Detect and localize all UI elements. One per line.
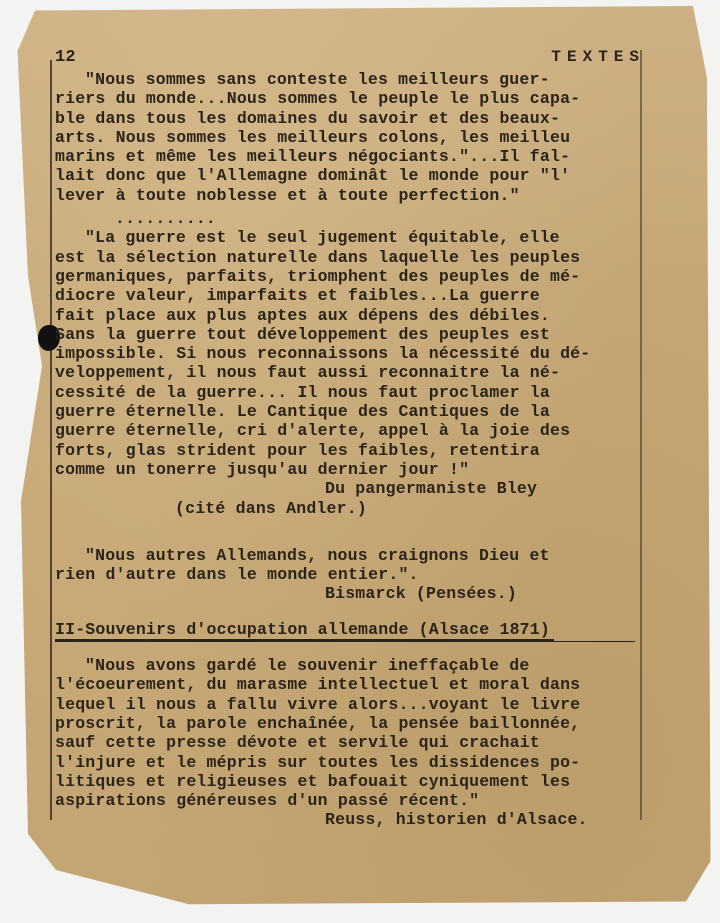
attribution: Du pangermaniste Bley [55,479,645,498]
text-line: "Nous avons gardé le souvenir ineffaçabl… [55,656,645,675]
text-line: litiques et religieuses et bafouait cyni… [55,772,645,791]
text-line: forts, glas strident pour les faibles, r… [55,441,645,460]
text-line: cessité de la guerre... Il nous faut pro… [55,383,645,402]
text-line: impossible. Si nous reconnaissons la néc… [55,344,645,363]
text-line: "Nous sommes sans conteste les meilleurs… [55,70,645,89]
text-line: ble dans tous les domaines du savoir et … [55,109,645,128]
text-line: veloppement, il nous faut aussi reconnai… [55,363,645,382]
page-header: 12 TEXTES [55,48,645,70]
section-2: II-Souvenirs d'occupation allemande (Als… [55,620,645,830]
running-head: TEXTES [551,48,645,70]
text-line: guerre éternelle, cri d'alerte, appel à … [55,421,645,440]
quote-block-2: "La guerre est le seul jugement équitabl… [55,228,645,517]
text-line: l'injure et le mépris sur toutes les dis… [55,753,645,772]
text-line: guerre éternelle. Le Cantique des Cantiq… [55,402,645,421]
text-line: est la sélection naturelle dans laquelle… [55,248,645,267]
text-line: aspirations généreuses d'un passé récent… [55,791,645,810]
text-line: diocre valeur, imparfaits et faibles...L… [55,286,645,305]
quote-block-3: "Nous autres Allemands, nous craignons D… [55,546,645,604]
text-line: riers du monde...Nous sommes le peuple l… [55,89,645,108]
text-line: rien d'autre dans le monde entier.". [55,565,645,584]
section-divider [55,641,635,642]
attribution: Bismarck (Pensées.) [55,584,645,603]
attribution: Reuss, historien d'Alsace. [55,810,645,829]
text-line: fait place aux plus aptes aux dépens des… [55,306,645,325]
text-line: comme un tonerre jusqu'au dernier jour !… [55,460,645,479]
text-line: sauf cette presse dévote et servile qui … [55,733,645,752]
typewritten-page: 12 TEXTES "Nous sommes sans conteste les… [55,48,645,830]
text-line: germaniques, parfaits, triomphent des pe… [55,267,645,286]
text-line: l'écoeurement, du marasme intellectuel e… [55,675,645,694]
quote-block-1: "Nous sommes sans conteste les meilleurs… [55,70,645,205]
text-line: marins et même les meilleurs négociants.… [55,147,645,166]
section-title: II-Souvenirs d'occupation allemande (Als… [55,620,554,641]
attribution-source: (cité dans Andler.) [55,499,645,518]
text-line: "Nous autres Allemands, nous craignons D… [55,546,645,565]
text-line: Sans la guerre tout développement des pe… [55,325,645,344]
text-line: lait donc que l'Allemagne dominât le mon… [55,166,645,185]
page-number: 12 [55,48,76,70]
text-line: arts. Nous sommes les meilleurs colons, … [55,128,645,147]
text-line: proscrit, la parole enchaînée, la pensée… [55,714,645,733]
text-line: lequel il nous a fallu vivre alors...voy… [55,695,645,714]
text-line: lever à toute noblesse et à toute perfec… [55,186,645,205]
text-line: "La guerre est le seul jugement équitabl… [55,228,645,247]
ellipsis-separator: .......... [55,209,645,228]
left-margin-rule [50,60,52,820]
